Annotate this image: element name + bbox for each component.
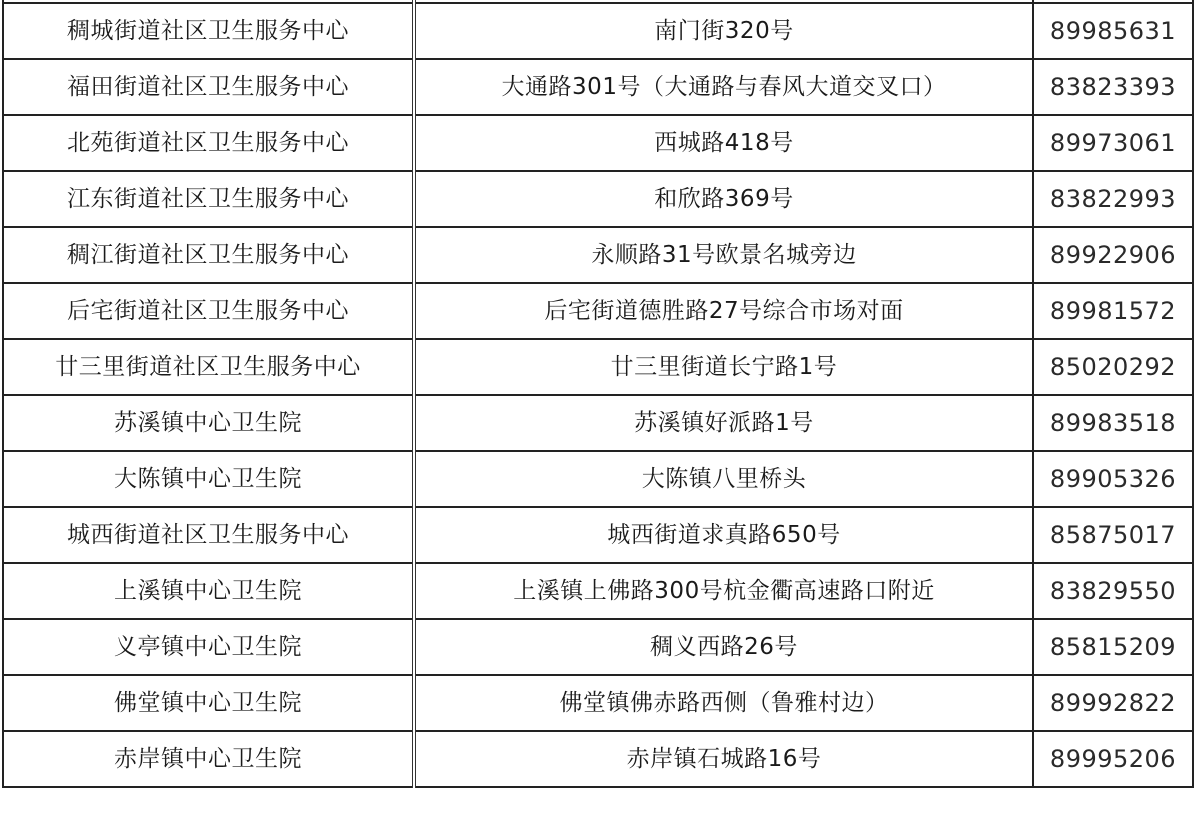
cell-phone: 89985631 (1033, 3, 1193, 59)
cell-address: 赤岸镇石城路16号 (414, 731, 1033, 787)
cell-name: 义亭镇中心卫生院 (3, 619, 414, 675)
cell-name: 后宅街道社区卫生服务中心 (3, 283, 414, 339)
table-row: 江东街道社区卫生服务中心 和欣路369号 83822993 (3, 171, 1193, 227)
cell-phone: 83823393 (1033, 59, 1193, 115)
cell-phone: 89905326 (1033, 451, 1193, 507)
table-row: 福田街道社区卫生服务中心 大通路301号（大通路与春风大道交叉口） 838233… (3, 59, 1193, 115)
cell-phone: 89922906 (1033, 227, 1193, 283)
cell-name: 北苑街道社区卫生服务中心 (3, 115, 414, 171)
cell-name: 苏溪镇中心卫生院 (3, 395, 414, 451)
cell-name: 稠城街道社区卫生服务中心 (3, 3, 414, 59)
cell-name: 城西街道社区卫生服务中心 (3, 507, 414, 563)
table-row: 后宅街道社区卫生服务中心 后宅街道德胜路27号综合市场对面 89981572 (3, 283, 1193, 339)
cell-phone: 83822993 (1033, 171, 1193, 227)
table-row: 大陈镇中心卫生院 大陈镇八里桥头 89905326 (3, 451, 1193, 507)
cell-name: 赤岸镇中心卫生院 (3, 731, 414, 787)
table-row: 廿三里街道社区卫生服务中心 廿三里街道长宁路1号 85020292 (3, 339, 1193, 395)
cell-phone: 89995206 (1033, 731, 1193, 787)
cell-name: 大陈镇中心卫生院 (3, 451, 414, 507)
table-row: 稠城街道社区卫生服务中心 南门街320号 89985631 (3, 3, 1193, 59)
cell-address: 后宅街道德胜路27号综合市场对面 (414, 283, 1033, 339)
table-row: 城西街道社区卫生服务中心 城西街道求真路650号 85875017 (3, 507, 1193, 563)
cell-name: 佛堂镇中心卫生院 (3, 675, 414, 731)
health-center-directory: 稠城街道社区卫生服务中心 南门街320号 89985631 福田街道社区卫生服务… (2, 0, 1194, 788)
table-row: 上溪镇中心卫生院 上溪镇上佛路300号杭金衢高速路口附近 83829550 (3, 563, 1193, 619)
cell-phone: 89983518 (1033, 395, 1193, 451)
directory-table: 稠城街道社区卫生服务中心 南门街320号 89985631 福田街道社区卫生服务… (2, 0, 1194, 788)
cell-address: 西城路418号 (414, 115, 1033, 171)
table-row: 苏溪镇中心卫生院 苏溪镇好派路1号 89983518 (3, 395, 1193, 451)
cell-address: 佛堂镇佛赤路西侧（鲁雅村边） (414, 675, 1033, 731)
cell-address: 和欣路369号 (414, 171, 1033, 227)
cell-address: 上溪镇上佛路300号杭金衢高速路口附近 (414, 563, 1033, 619)
cell-name: 稠江街道社区卫生服务中心 (3, 227, 414, 283)
cell-address: 大陈镇八里桥头 (414, 451, 1033, 507)
cell-address: 南门街320号 (414, 3, 1033, 59)
table-row: 义亭镇中心卫生院 稠义西路26号 85815209 (3, 619, 1193, 675)
cell-phone: 85875017 (1033, 507, 1193, 563)
cell-phone: 89981572 (1033, 283, 1193, 339)
cell-phone: 85020292 (1033, 339, 1193, 395)
cell-phone: 85815209 (1033, 619, 1193, 675)
cell-name: 福田街道社区卫生服务中心 (3, 59, 414, 115)
table-row: 佛堂镇中心卫生院 佛堂镇佛赤路西侧（鲁雅村边） 89992822 (3, 675, 1193, 731)
cell-name: 江东街道社区卫生服务中心 (3, 171, 414, 227)
table-row: 赤岸镇中心卫生院 赤岸镇石城路16号 89995206 (3, 731, 1193, 787)
cell-phone: 89973061 (1033, 115, 1193, 171)
cell-address: 大通路301号（大通路与春风大道交叉口） (414, 59, 1033, 115)
cell-address: 苏溪镇好派路1号 (414, 395, 1033, 451)
cell-phone: 83829550 (1033, 563, 1193, 619)
table-row: 北苑街道社区卫生服务中心 西城路418号 89973061 (3, 115, 1193, 171)
cell-name: 廿三里街道社区卫生服务中心 (3, 339, 414, 395)
cell-name: 上溪镇中心卫生院 (3, 563, 414, 619)
cell-address: 稠义西路26号 (414, 619, 1033, 675)
table-row: 稠江街道社区卫生服务中心 永顺路31号欧景名城旁边 89922906 (3, 227, 1193, 283)
cell-address: 廿三里街道长宁路1号 (414, 339, 1033, 395)
cell-address: 城西街道求真路650号 (414, 507, 1033, 563)
cell-address: 永顺路31号欧景名城旁边 (414, 227, 1033, 283)
cell-phone: 89992822 (1033, 675, 1193, 731)
